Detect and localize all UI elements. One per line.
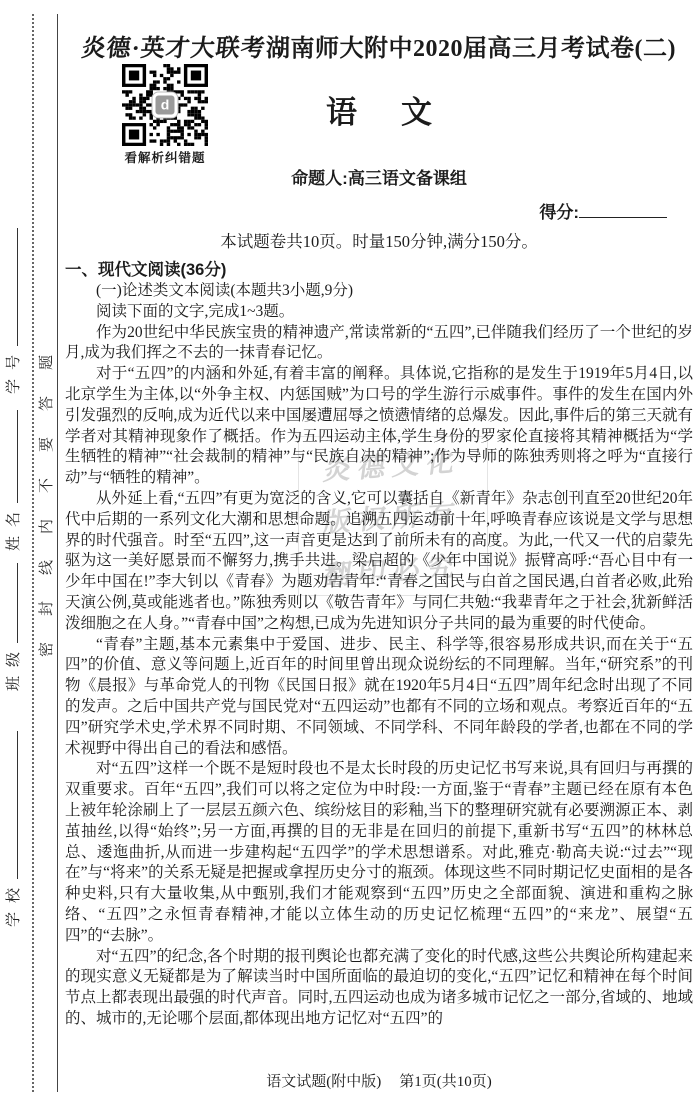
field-label-name: 姓名 <box>6 503 22 551</box>
footer-paper-name: 语文试题(附中版) <box>266 1074 381 1090</box>
lead-in: 阅读下面的文字,完成1~3题。 <box>65 302 693 323</box>
qr-code: d <box>122 64 208 146</box>
essay-paragraph: 作为20世纪中华民族宝贵的精神遗产,常读常新的“五四”,已伴随我们经历了一个世纪… <box>65 323 693 365</box>
student-info-fields: 学校班级姓名学号 <box>2 0 28 1107</box>
seal-notice-text: 密封线内不要答题 <box>35 0 53 1107</box>
field-label-student-id: 学号 <box>6 346 22 394</box>
field-blank-school <box>4 731 18 879</box>
paper-title: 炎德·英才大联考湖南师大附中2020届高三月考试卷(二) <box>65 28 693 63</box>
field-label-school: 学校 <box>6 879 22 927</box>
essay-paragraphs: 作为20世纪中华民族宝贵的精神遗产,常读常新的“五四”,已伴随我们经历了一个世纪… <box>65 323 693 1030</box>
footer-page-number: 第1页(共10页) <box>399 1074 492 1090</box>
paper-note: 本试题卷共10页。时量150分钟,满分150分。 <box>65 228 693 252</box>
page-footer: 语文试题(附中版)第1页(共10页) <box>65 1070 693 1091</box>
essay-paragraph: 对“五四”这样一个既不是短时段也不是太长时段的历史记忆书写来说,具有回归与再撰的… <box>65 759 693 946</box>
qr-block: d 看解析纠错题 <box>121 64 209 166</box>
field-blank-name <box>4 410 18 503</box>
essay-paragraph: 对于“五四”的内涵和外延,有着丰富的阐释。具体说,它指称的是发生于1919年5月… <box>65 364 693 489</box>
qr-caption: 看解析纠错题 <box>121 148 209 166</box>
paper-title-rest: 湖南师大附中2020届高三月考试卷(二) <box>266 36 676 62</box>
exam-paper-page: { "header": { "title_brand": "炎德·英才大联考",… <box>0 0 700 1107</box>
qr-logo-icon: d <box>153 93 178 118</box>
field-label-class: 班级 <box>6 643 22 691</box>
section-title: 一、现代文阅读(36分) <box>65 259 693 281</box>
essay-paragraph: “青春”主题,基本元素集中于爱国、进步、民主、科学等,很容易形成共识,而在关于“… <box>65 635 693 760</box>
setter-line: 命题人:高三语文备课组 <box>65 164 693 189</box>
essay-paragraph: 从外延上看,“五四”有更为宽泛的含义,它可以囊括自《新青年》杂志创刊直至20世纪… <box>65 489 693 635</box>
part-title: (一)论述类文本阅读(本题共3小题,9分) <box>65 281 693 302</box>
field-blank-student-id <box>4 228 18 346</box>
score-label: 得分: <box>539 203 579 222</box>
main-content: 炎德·英才大联考湖南师大附中2020届高三月考试卷(二) 语文 命题人:高三语文… <box>65 20 693 1030</box>
score-blank <box>579 202 667 218</box>
brand-title: 炎德·英才大联考 <box>80 28 268 63</box>
seal-dotted-line <box>32 14 34 1092</box>
seal-solid-line <box>57 14 58 1092</box>
essay-paragraph: 对“五四”的纪念,各个时期的报刊舆论也都充满了变化的时代感,这些公共舆论所构建起… <box>65 947 693 1030</box>
score-line: 得分: <box>65 198 693 223</box>
field-blank-class <box>4 563 18 643</box>
